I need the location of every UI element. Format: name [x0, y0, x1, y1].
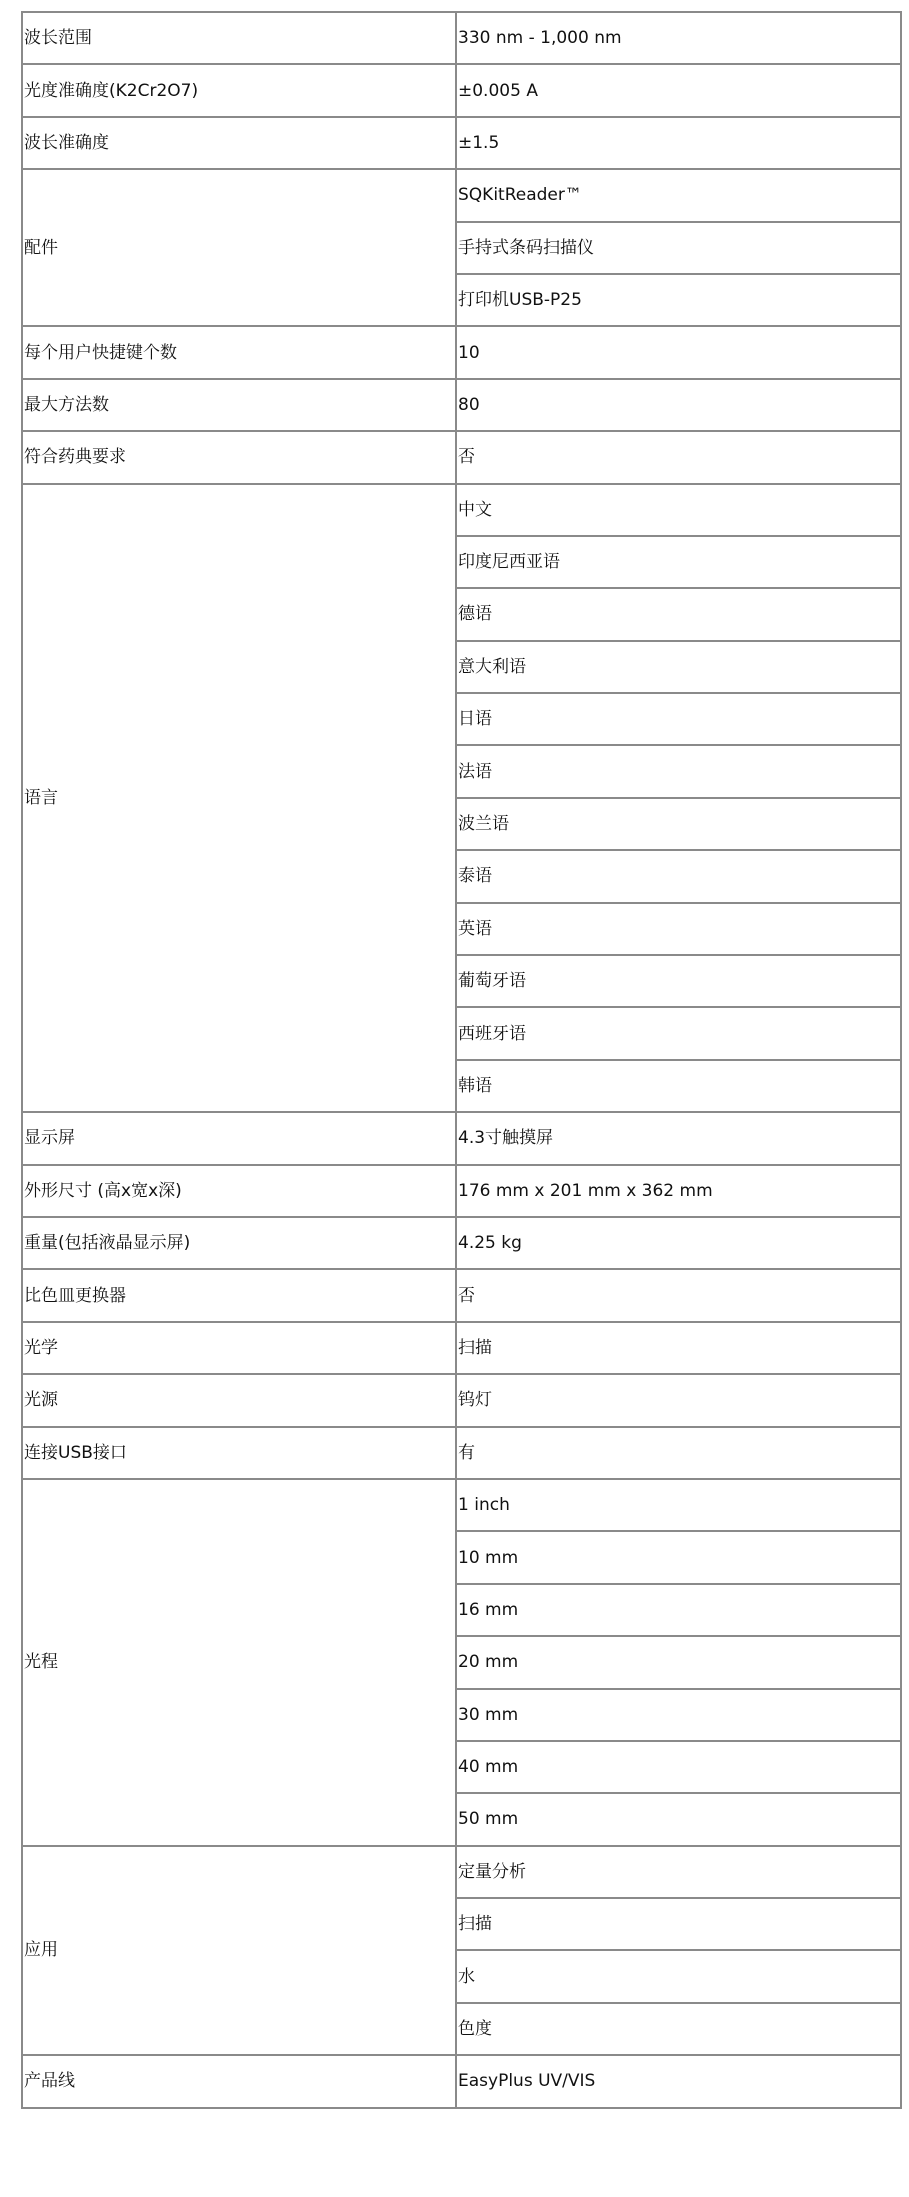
table-row: 语言中文	[22, 484, 901, 536]
specifications-table-body: 波长范围330 nm - 1,000 nm光度准确度(K2Cr2O7)±0.00…	[22, 12, 901, 2108]
spec-label: 波长范围	[22, 12, 456, 64]
spec-label: 波长准确度	[22, 117, 456, 169]
specifications-table: 波长范围330 nm - 1,000 nm光度准确度(K2Cr2O7)±0.00…	[21, 11, 902, 2109]
table-row: 光程1 inch	[22, 1479, 901, 1531]
table-row: 外形尺寸 (高x宽x深)176 mm x 201 mm x 362 mm	[22, 1165, 901, 1217]
table-row: 重量(包括液晶显示屏)4.25 kg	[22, 1217, 901, 1269]
spec-value: 中文	[456, 484, 901, 536]
spec-value: 钨灯	[456, 1374, 901, 1426]
spec-value: 16 mm	[456, 1584, 901, 1636]
spec-value: 印度尼西亚语	[456, 536, 901, 588]
spec-value: 泰语	[456, 850, 901, 902]
table-row: 波长范围330 nm - 1,000 nm	[22, 12, 901, 64]
table-row: 符合药典要求否	[22, 431, 901, 483]
spec-value: ±0.005 A	[456, 64, 901, 116]
spec-label: 光源	[22, 1374, 456, 1426]
spec-value: 意大利语	[456, 641, 901, 693]
spec-value: 4.25 kg	[456, 1217, 901, 1269]
table-row: 连接USB接口有	[22, 1427, 901, 1479]
spec-label: 光度准确度(K2Cr2O7)	[22, 64, 456, 116]
spec-value: 定量分析	[456, 1846, 901, 1898]
spec-value: 80	[456, 379, 901, 431]
spec-label: 光程	[22, 1479, 456, 1846]
spec-value: EasyPlus UV/VIS	[456, 2055, 901, 2107]
spec-value: 1 inch	[456, 1479, 901, 1531]
spec-label: 产品线	[22, 2055, 456, 2107]
spec-value: 日语	[456, 693, 901, 745]
spec-value: 有	[456, 1427, 901, 1479]
spec-value: 30 mm	[456, 1689, 901, 1741]
spec-value: 否	[456, 431, 901, 483]
spec-value: 手持式条码扫描仪	[456, 222, 901, 274]
spec-value: ±1.5	[456, 117, 901, 169]
table-row: 光源钨灯	[22, 1374, 901, 1426]
spec-value: 10 mm	[456, 1531, 901, 1583]
spec-value: 西班牙语	[456, 1007, 901, 1059]
spec-value: 330 nm - 1,000 nm	[456, 12, 901, 64]
spec-value: 20 mm	[456, 1636, 901, 1688]
spec-label: 符合药典要求	[22, 431, 456, 483]
spec-label: 配件	[22, 169, 456, 326]
spec-value: 色度	[456, 2003, 901, 2055]
spec-label: 应用	[22, 1846, 456, 2056]
spec-label: 比色皿更换器	[22, 1269, 456, 1321]
spec-label: 光学	[22, 1322, 456, 1374]
spec-label: 外形尺寸 (高x宽x深)	[22, 1165, 456, 1217]
table-row: 光学扫描	[22, 1322, 901, 1374]
spec-value: 否	[456, 1269, 901, 1321]
spec-value: 波兰语	[456, 798, 901, 850]
spec-value: 葡萄牙语	[456, 955, 901, 1007]
spec-value: 扫描	[456, 1322, 901, 1374]
spec-value: 打印机USB-P25	[456, 274, 901, 326]
spec-value: SQKitReader™	[456, 169, 901, 221]
spec-value: 法语	[456, 745, 901, 797]
spec-label: 重量(包括液晶显示屏)	[22, 1217, 456, 1269]
spec-label: 最大方法数	[22, 379, 456, 431]
table-row: 应用定量分析	[22, 1846, 901, 1898]
spec-value: 176 mm x 201 mm x 362 mm	[456, 1165, 901, 1217]
table-row: 每个用户快捷键个数10	[22, 326, 901, 378]
table-row: 产品线EasyPlus UV/VIS	[22, 2055, 901, 2107]
spec-value: 50 mm	[456, 1793, 901, 1845]
table-row: 显示屏4.3寸触摸屏	[22, 1112, 901, 1164]
spec-value: 英语	[456, 903, 901, 955]
spec-value: 德语	[456, 588, 901, 640]
spec-label: 显示屏	[22, 1112, 456, 1164]
spec-value: 扫描	[456, 1898, 901, 1950]
spec-value: 40 mm	[456, 1741, 901, 1793]
spec-label: 连接USB接口	[22, 1427, 456, 1479]
table-row: 最大方法数80	[22, 379, 901, 431]
table-row: 波长准确度±1.5	[22, 117, 901, 169]
spec-value: 水	[456, 1950, 901, 2002]
table-row: 配件SQKitReader™	[22, 169, 901, 221]
table-row: 比色皿更换器否	[22, 1269, 901, 1321]
spec-label: 每个用户快捷键个数	[22, 326, 456, 378]
spec-value: 10	[456, 326, 901, 378]
spec-value: 韩语	[456, 1060, 901, 1112]
spec-label: 语言	[22, 484, 456, 1113]
spec-value: 4.3寸触摸屏	[456, 1112, 901, 1164]
table-row: 光度准确度(K2Cr2O7)±0.005 A	[22, 64, 901, 116]
